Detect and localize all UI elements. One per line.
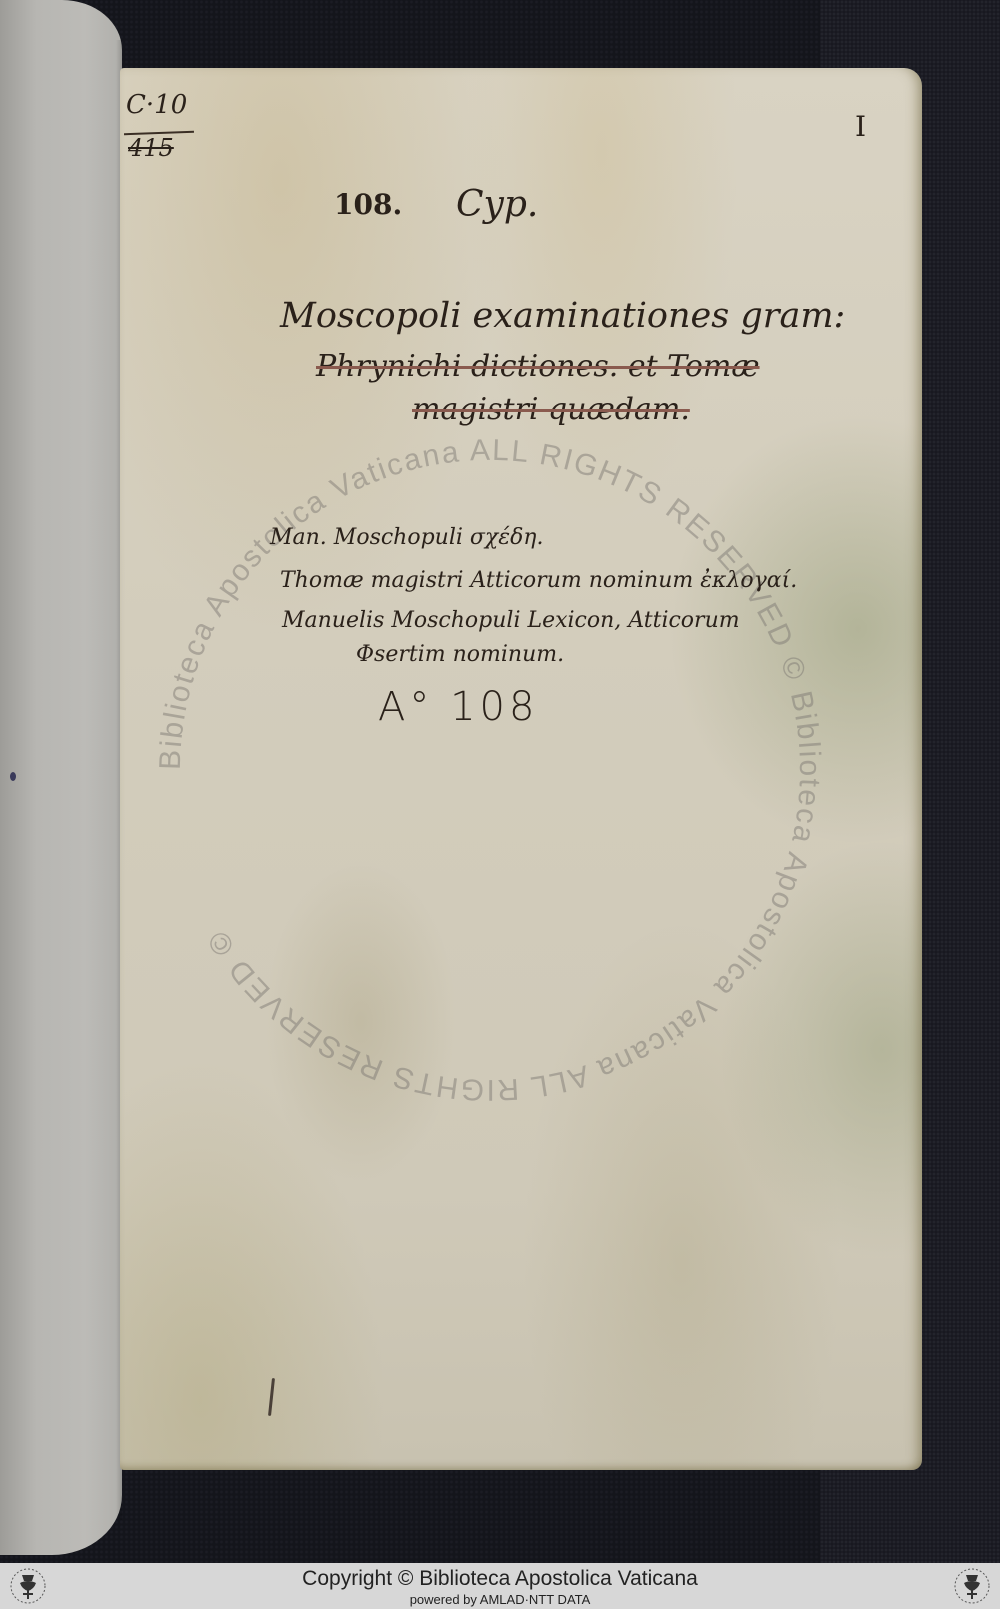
title-line-3-struck: magistri quædam. bbox=[412, 392, 690, 427]
vatican-library-emblem-icon bbox=[950, 1565, 994, 1607]
manuscript-number: 108. bbox=[334, 188, 402, 221]
shelfmark: A° 108 bbox=[378, 684, 538, 730]
shelf-note-bottom: 415 bbox=[128, 134, 174, 162]
abbreviation-note: Cyp. bbox=[456, 184, 538, 225]
copyright-text: Copyright © Biblioteca Apostolica Vatica… bbox=[0, 1567, 1000, 1591]
manuscript-folio bbox=[120, 68, 922, 1470]
contents-line: Thomæ magistri Atticorum nominum ἐκλογαί… bbox=[280, 568, 797, 593]
contents-line: Φsertim nominum. bbox=[356, 642, 564, 667]
title-line-2-struck: Phrynichi dictiones. et Tomæ bbox=[316, 349, 760, 384]
powered-by-text: powered by AMLAD·NTT DATA bbox=[0, 1592, 1000, 1607]
title-line-1: Moscopoli examinationes gram: bbox=[280, 296, 845, 336]
shelf-note-top: C·10 bbox=[126, 90, 187, 120]
ink-spot bbox=[10, 772, 16, 781]
left-page-stack bbox=[0, 0, 122, 1555]
contents-line: Man. Moschopuli σχέδη. bbox=[270, 525, 544, 550]
viewer-footer: Copyright © Biblioteca Apostolica Vatica… bbox=[0, 1563, 1000, 1609]
folio-number: I bbox=[855, 110, 866, 143]
contents-line: Manuelis Moschopuli Lexicon, Atticorum bbox=[282, 608, 740, 633]
